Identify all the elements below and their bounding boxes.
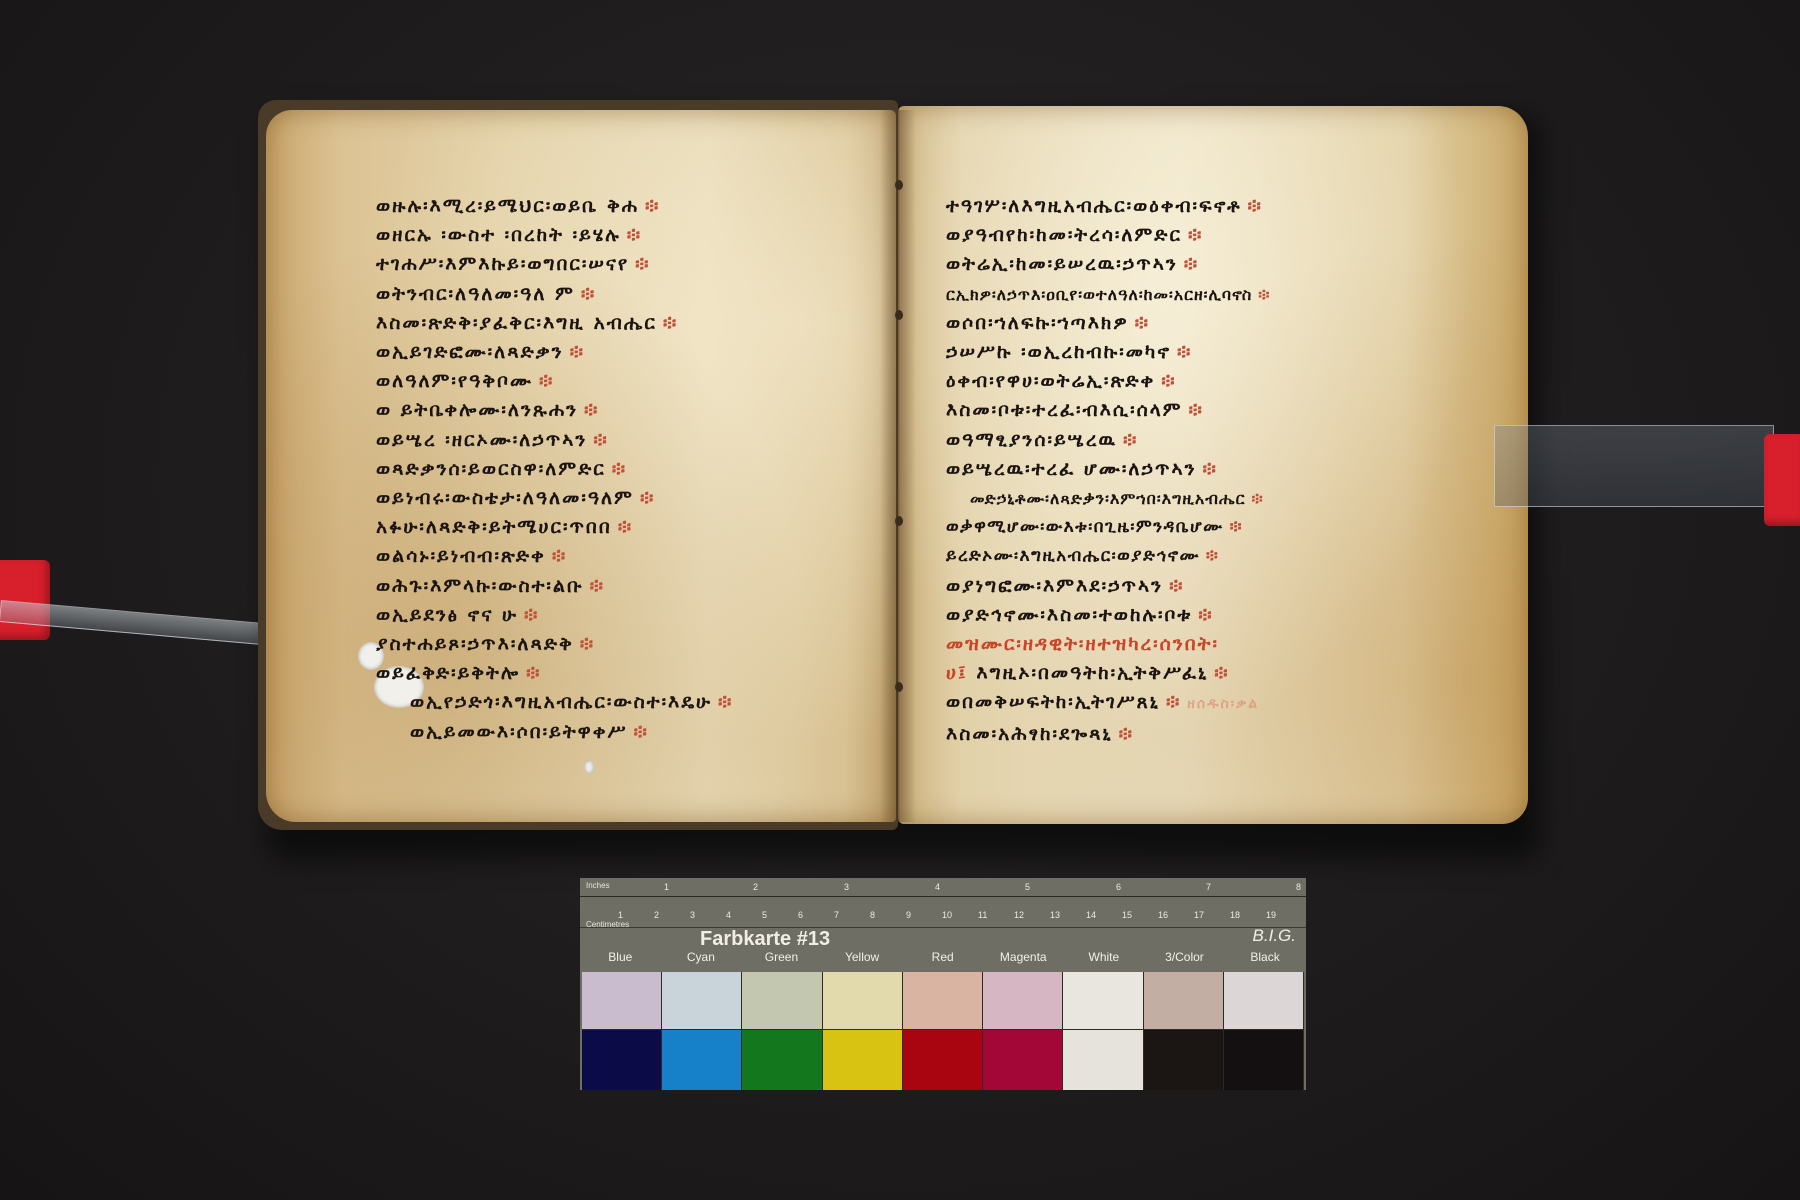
inch-tick: 2 [753,882,758,892]
swatch-light-cyan [662,972,742,1030]
binding-stitch [895,682,903,692]
swatch-dark-red [903,1030,983,1090]
swatch-light-white [1063,972,1143,1030]
cm-tick: 5 [762,910,767,920]
swatch-label-blue: Blue [580,950,661,970]
left-page-text: ወዙሉ፡እሚረ፡ይሜህር፡ወይቤ ቅሐ፨ ወዘርኡ ፡ውስተ ፡በረከት ፡ይሄ… [376,192,733,747]
book-gutter [880,110,916,822]
text-line: ዕቀብ፡የዋሀ፡ወትሬኢ፡ጽድቀ፨ [946,367,1271,396]
text-line: ወሶበ፡ኀለፍኩ፡ኀጣእክዎ፨ [946,309,1271,338]
text-line: እስመ፡ቦቱ፡ተረፈ፡ብእሲ፡ሰላም፨ [946,396,1271,425]
swatch-label-red: Red [902,950,983,970]
text-line: ያስተሐይጾ፡ኃጥእ፡ለጻድቅ፨ [376,630,733,659]
cm-tick: 18 [1230,910,1240,920]
rubric-heading-line: መዝሙር፡ዘዳዊት፡ዘተዝካረ፡ሰንበት፡ [946,630,1271,659]
card-brand: B.I.G. [1253,926,1296,946]
parchment-hole [584,760,594,774]
swatch-label-yellow: Yellow [822,950,903,970]
swatch-label-magenta: Magenta [983,950,1064,970]
cm-tick: 3 [690,910,695,920]
text-line: አፉሁ፡ለጻድቅ፡ይትሜሀር፡ጥበበ፨ [376,513,733,542]
inch-tick: 1 [664,882,669,892]
swatch-label-white: White [1064,950,1145,970]
swatch-dark-blue [582,1030,662,1090]
cm-tick: 17 [1194,910,1204,920]
swatch-dark-yellow [823,1030,903,1090]
swatch-dark-magenta [983,1030,1063,1090]
inch-tick: 3 [844,882,849,892]
cm-tick: 19 [1266,910,1276,920]
swatch-dark-cyan [662,1030,742,1090]
text-line: ወኢይገድፎሙ፡ለጻድቃን፨ [376,338,733,367]
swatch-labels: Blue Cyan Green Yellow Red Magenta White… [580,950,1306,970]
text-line: ወትንብር፡ለዓለመ፡ዓለ ም፨ [376,280,733,309]
text-line: ወትሬኢ፡ከመ፡ይሠረዉ፡ኃጥኣን፨ [946,250,1271,279]
swatch-label-black: Black [1225,950,1306,970]
text-line: እስመ፡ጽድቅ፡ያፈቅር፡እግዚ አብሔር፨ [376,309,733,338]
cm-tick: 6 [798,910,803,920]
swatch-dark-3color [1144,1030,1224,1090]
text-line: ኃሠሥኩ ፡ወኢረከብኩ፡መካኖ፨ [946,338,1271,367]
cm-tick: 15 [1122,910,1132,920]
swatch-label-green: Green [741,950,822,970]
inch-tick: 7 [1206,882,1211,892]
card-title: Farbkarte #13 [700,928,830,951]
color-swatches [582,972,1304,1090]
text-line: ርኢክዎ፡ለኃጥእ፡ዐቢየ፡ወተለዓለ፡ከመ፡አርዘ፡ሊባኖስ፨ [946,280,1271,309]
swatch-light-black [1224,972,1304,1030]
cm-tick: 12 [1014,910,1024,920]
right-clip-red-handle [1764,434,1800,526]
text-line: ወቃዋሚሆሙ፡ውእቱ፡በጊዜ፡ምንዳቤሆሙ፨ [946,513,1271,542]
swatch-light-3color [1144,972,1224,1030]
text-line: እስመ፡አሕፃከ፡ደጐጻኒ፨ [946,720,1271,749]
text-line: ወያዓብየከ፡ከመ፡ትረሳ፡ለምድር፨ [946,221,1271,250]
swatch-label-cyan: Cyan [661,950,742,970]
text-line: ወይነብሩ፡ውስቴታ፡ለዓለመ፡ዓለም፨ [376,484,733,513]
text-line: ወኢየኃድጎ፡እግዚአብሔር፡ውስተ፡እዴሁ፨ [376,688,733,717]
swatch-dark-green [742,1030,822,1090]
right-clip-acetate-strip [1494,425,1774,507]
text-line: ወ ይትቤቀሎሙ፡ለንጹሐን፨ [376,396,733,425]
text-line: ይረድኦሙ፡እግዚአብሔር፡ወያድኅኖሙ፨ [946,542,1271,571]
open-manuscript: ወዙሉ፡እሚረ፡ይሜህር፡ወይቤ ቅሐ፨ ወዘርኡ ፡ውስተ ፡በረከት ፡ይሄ… [258,96,1530,836]
cm-tick: 1 [618,910,623,920]
cm-tick: 10 [942,910,952,920]
inch-tick: 8 [1296,882,1301,892]
text-line: ወሕጉ፡እምላኩ፡ውስተ፡ልቡ፨ [376,572,733,601]
cm-tick: 16 [1158,910,1168,920]
text-line: ወጻድቃንሰ፡ይወርስዋ፡ለምድር፨ [376,455,733,484]
cm-tick: 9 [906,910,911,920]
centimetres-label: Centimetres [586,920,629,929]
swatch-light-red [903,972,983,1030]
text-line: ወኢይደንፅ ኖና ሁ፨ [376,601,733,630]
binding-stitch [895,310,903,320]
text-line: ተዓገሦ፡ለእግዚአብሔር፡ወዕቀብ፡ፍኖቶ፨ [946,192,1271,221]
right-page-text: ተዓገሦ፡ለእግዚአብሔር፡ወዕቀብ፡ፍኖቶ፨ ወያዓብየከ፡ከመ፡ትረሳ፡ለም… [946,192,1271,749]
swatch-light-magenta [983,972,1063,1030]
color-calibration-card: Inches Centimetres 1 2 3 4 5 6 7 8 1 2 3… [580,878,1306,1090]
text-line: ወዘርኡ ፡ውስተ ፡በረከት ፡ይሄሉ፨ [376,221,733,250]
photo-scene: ወዙሉ፡እሚረ፡ይሜህር፡ወይቤ ቅሐ፨ ወዘርኡ ፡ውስተ ፡በረከት ፡ይሄ… [0,0,1800,1200]
text-line: ወዓማፂያንሰ፡ይሤረዉ፨ [946,426,1271,455]
rubric-initial: ሀ፤ [946,662,968,684]
text-line: ወኢይመውእ፡ሶበ፡ይትዋቀሥ፨ [376,718,733,747]
text-line: ወይሤረዉ፡ተረፈ ሆሙ፡ለኃጥኣን፨ [946,455,1271,484]
faded-rubric-note: ዘሰዱስ፡ቃል [1187,696,1259,712]
text-line: ወበመቅሠፍትከ፡ኢትገሥጸኒ፨ዘሰዱስ፡ቃል [946,688,1271,719]
cm-tick: 11 [978,910,987,920]
inch-tick: 6 [1116,882,1121,892]
cm-tick: 4 [726,910,731,920]
inch-tick: 4 [935,882,940,892]
swatch-light-yellow [823,972,903,1030]
cm-tick: 7 [834,910,839,920]
text-line: ተገሐሥ፡እምእኩይ፡ወግበር፡ሠናየ፨ [376,250,733,279]
text-line: መድኃኒቶሙ፡ለጻድቃን፡እምኀበ፡እግዚአብሔር፨ [946,484,1271,513]
text-line: ወይሤረ ፡ዘርኦሙ፡ለኃጥኣን፨ [376,426,733,455]
text-line: ወዙሉ፡እሚረ፡ይሜህር፡ወይቤ ቅሐ፨ [376,192,733,221]
text-line: ወለዓለም፡የዓቅቦሙ፨ [376,367,733,396]
ruler: Inches Centimetres 1 2 3 4 5 6 7 8 1 2 3… [580,878,1306,928]
cm-tick: 13 [1050,910,1060,920]
text-line: ወያድኅኖሙ፡እስመ፡ተወከሉ፡ቦቱ፨ [946,601,1271,630]
text-line: ወያነግፎሙ፡እምእደ፡ኃጥኣን፨ [946,572,1271,601]
text-line: ሀ፤ እግዚኦ፡በመዓትከ፡ኢትቅሥፈኒ፨ [946,659,1271,688]
cm-tick: 14 [1086,910,1096,920]
swatch-light-blue [582,972,662,1030]
binding-stitch [895,180,903,190]
cm-tick: 8 [870,910,875,920]
text-line: ወይፈቅድ፡ይቅትሎ፨ [376,659,733,688]
swatch-dark-white [1063,1030,1143,1090]
inch-tick: 5 [1025,882,1030,892]
inches-label: Inches [586,881,610,890]
swatch-label-3color: 3/Color [1144,950,1225,970]
swatch-light-green [742,972,822,1030]
binding-stitch [895,516,903,526]
text-line: ወልሳኑ፡ይነብብ፡ጽድቀ፨ [376,542,733,571]
cm-tick: 2 [654,910,659,920]
swatch-dark-black [1224,1030,1304,1090]
